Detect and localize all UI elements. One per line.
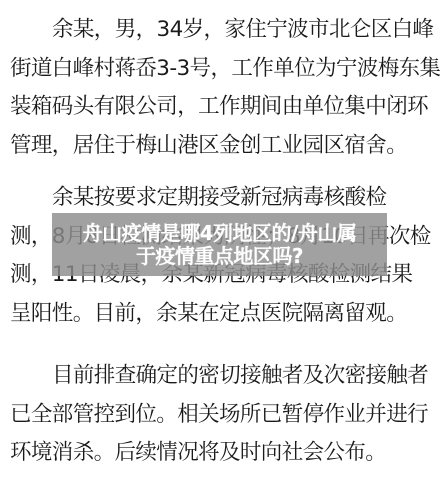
- text-line: 已全部管控到位。相关场所已暂停作业并进行: [10, 396, 435, 435]
- paragraph-contact-tracing: 目前排查确定的密切接触者及次密接触者 已全部管控到位。相关场所已暂停作业并进行 …: [10, 357, 435, 473]
- text-line: 余某按要求定期接受新冠病毒核酸检: [10, 179, 435, 218]
- text-line: 管理，居住于梅山港区金创工业园区宿舍。: [10, 127, 435, 166]
- paragraph-patient-info: 余某，男，34岁，家住宁波市北仑区白峰 街道白峰村蒋岙3-3号，工作单位为宁波梅…: [10, 11, 435, 165]
- overlay-title-line: 于疫情重点地区吗?: [136, 245, 303, 268]
- overlay-title-line: 舟山疫情是哪4列地区的/舟山属: [83, 222, 357, 245]
- text-line: 呈阳性。目前，余某在定点医院隔离留观。: [10, 295, 435, 334]
- overlay-title-banner: 舟山疫情是哪4列地区的/舟山属 于疫情重点地区吗?: [52, 213, 387, 276]
- text-line: 余某，男，34岁，家住宁波市北仑区白峰: [10, 11, 435, 50]
- text-line: 目前排查确定的密切接触者及次密接触者: [10, 357, 435, 396]
- text-line: 街道白峰村蒋岙3-3号，工作单位为宁波梅东集: [10, 50, 435, 89]
- text-line: 环境消杀。后续情况将及时向社会公布。: [10, 434, 435, 473]
- text-line: 装箱码头有限公司，工作期间由单位集中闭环: [10, 88, 435, 127]
